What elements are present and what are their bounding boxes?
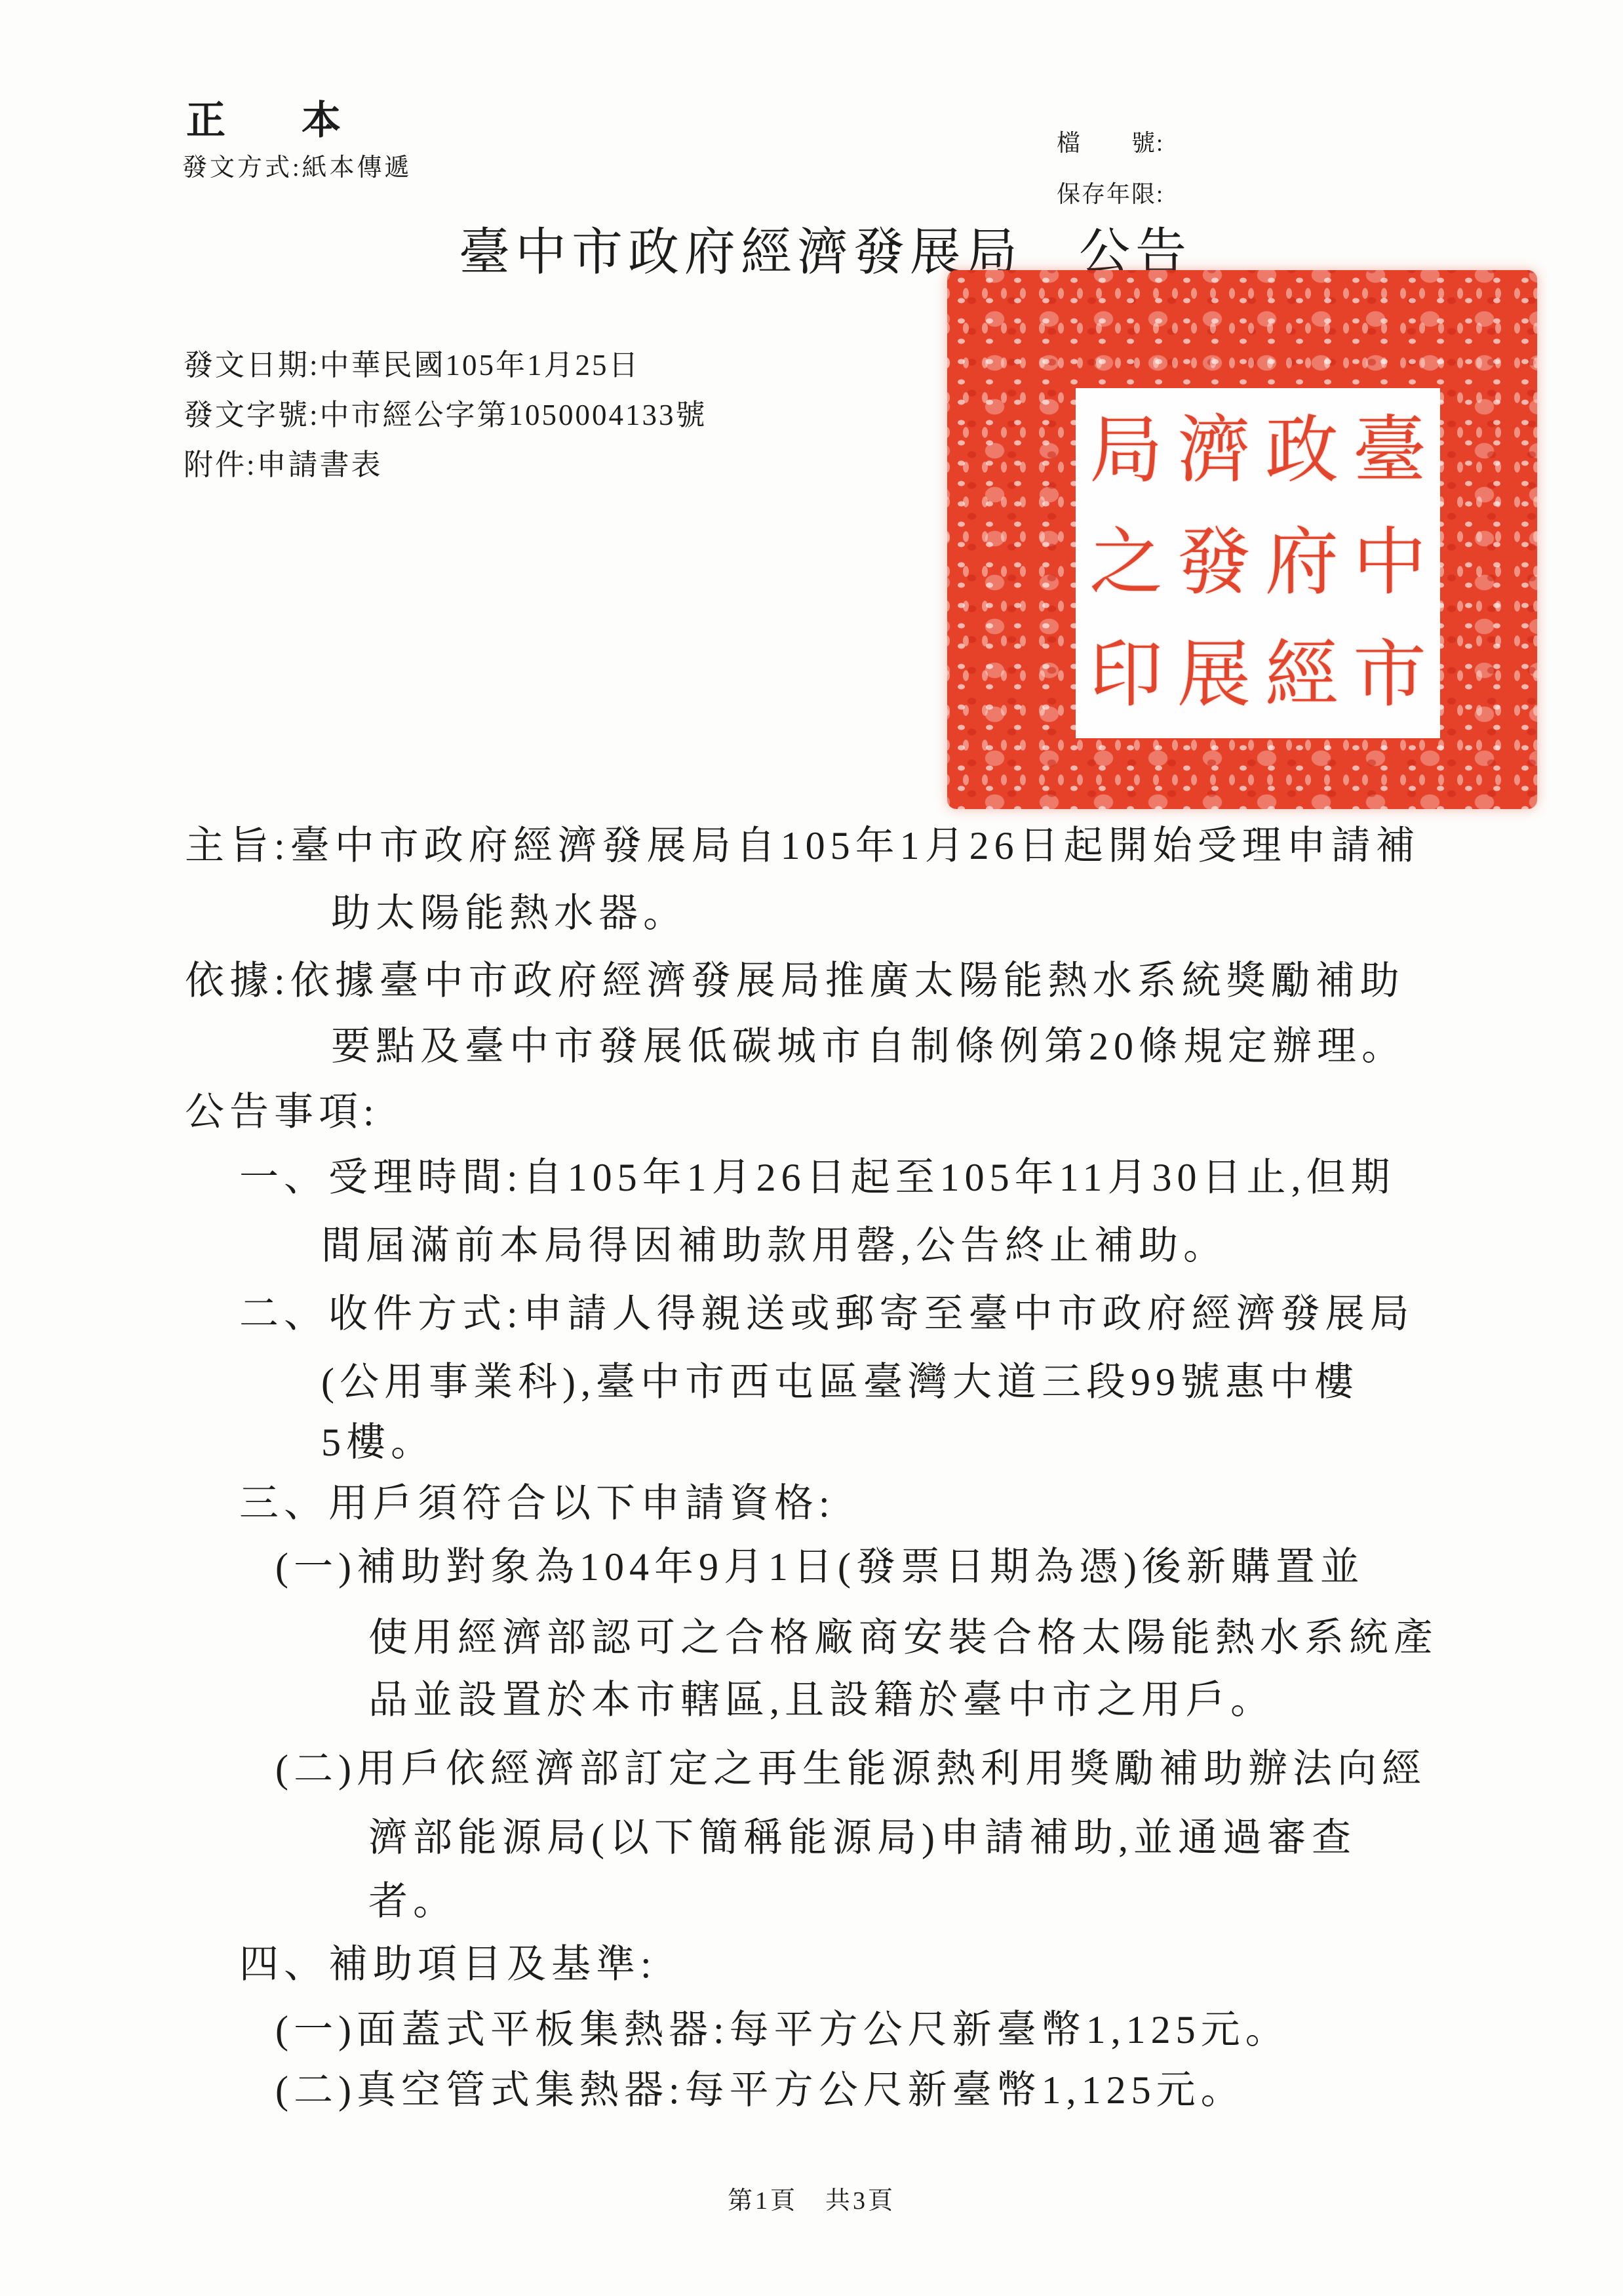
body-line-item-2-cont: (公用事業科),臺中市西屯區臺灣大道三段99號惠中樓 [321, 1351, 1359, 1407]
seal-character: 經 [1258, 620, 1346, 732]
body-line-item-4-1: (一)面蓋式平板集熱器:每平方公尺新臺幣1,125元。 [275, 1998, 1290, 2055]
copy-type-label: 正 本 [186, 89, 359, 146]
issue-date-line: 發文日期:中華民國105年1月25日 [184, 341, 640, 384]
body-line-item-3-2-cont: 濟部能源局(以下簡稱能源局)申請補助,並通過審查 [368, 1806, 1356, 1863]
seal-character: 之 [1082, 507, 1170, 619]
seal-character: 政 [1258, 395, 1346, 507]
body-line-item-3: 三、用戶須符合以下申請資格: [239, 1472, 835, 1528]
seal-character: 濟 [1170, 395, 1258, 507]
body-line-subject: 主旨:臺中市政府經濟發展局自105年1月26日起開始受理申請補 [185, 814, 1420, 871]
attachment-line: 附件:申請書表 [184, 441, 383, 483]
official-seal-text: 臺 中 市 政 府 經 濟 發 展 局 之 印 [1076, 388, 1440, 738]
body-line-item-3-2: (二)用戶依經濟部訂定之再生能源熱利用獎勵補助辦法向經 [275, 1737, 1426, 1794]
body-line-item-2: 二、收件方式:申請人得親送或郵寄至臺中市政府經濟發展局 [239, 1282, 1415, 1339]
body-line-item-1-cont: 間屆滿前本局得因補助款用罄,公告終止補助。 [321, 1214, 1228, 1271]
seal-character: 印 [1082, 620, 1170, 732]
body-line-basis: 依據:依據臺中市政府經濟發展局推廣太陽能熱水系統獎勵補助 [185, 949, 1405, 1006]
seal-character: 中 [1346, 507, 1434, 619]
body-line-items-heading: 公告事項: [185, 1080, 380, 1137]
file-number-label: 檔 號: [1057, 125, 1164, 158]
body-line-subject-cont: 助太陽能熱水器。 [331, 882, 688, 938]
body-line-item-4-2: (二)真空管式集熱器:每平方公尺新臺幣1,125元。 [275, 2059, 1245, 2115]
body-line-item-3-1: (一)補助對象為104年9月1日(發票日期為憑)後新購置並 [275, 1535, 1365, 1592]
seal-character: 府 [1258, 507, 1346, 619]
seal-character: 展 [1170, 620, 1258, 732]
delivery-method-label: 發文方式:紙本傳遞 [182, 147, 412, 183]
seal-character: 臺 [1346, 395, 1434, 507]
body-line-basis-cont: 要點及臺中市發展低碳城市自制條例第20條規定辦理。 [331, 1015, 1406, 1071]
body-line-item-1: 一、受理時間:自105年1月26日起至105年11月30日止,但期 [239, 1146, 1395, 1202]
announcement-page: 正 本 發文方式:紙本傳遞 檔 號: 保存年限: 臺中市政府經濟發展局 公告 發… [0, 0, 1623, 2296]
doc-number-line: 發文字號:中市經公字第1050004133號 [184, 391, 707, 433]
retention-period-label: 保存年限: [1057, 176, 1164, 209]
body-line-item-3-1-cont2: 品並設置於本市轄區,且設籍於臺中市之用戶。 [368, 1669, 1275, 1725]
page-number-footer: 第1頁 共3頁 [0, 2180, 1623, 2216]
body-line-item-4: 四、補助項目及基準: [239, 1933, 657, 1989]
official-seal-stamp: 臺 中 市 政 府 經 濟 發 展 局 之 印 [947, 270, 1537, 809]
body-line-item-3-2-cont2: 者。 [368, 1870, 458, 1926]
seal-character: 局 [1082, 395, 1170, 507]
body-line-item-2-cont2: 5樓。 [321, 1411, 435, 1467]
seal-character: 市 [1346, 620, 1434, 732]
body-line-item-3-1-cont: 使用經濟部認可之合格廠商安裝合格太陽能熱水系統產 [368, 1606, 1438, 1663]
seal-character: 發 [1170, 507, 1258, 619]
